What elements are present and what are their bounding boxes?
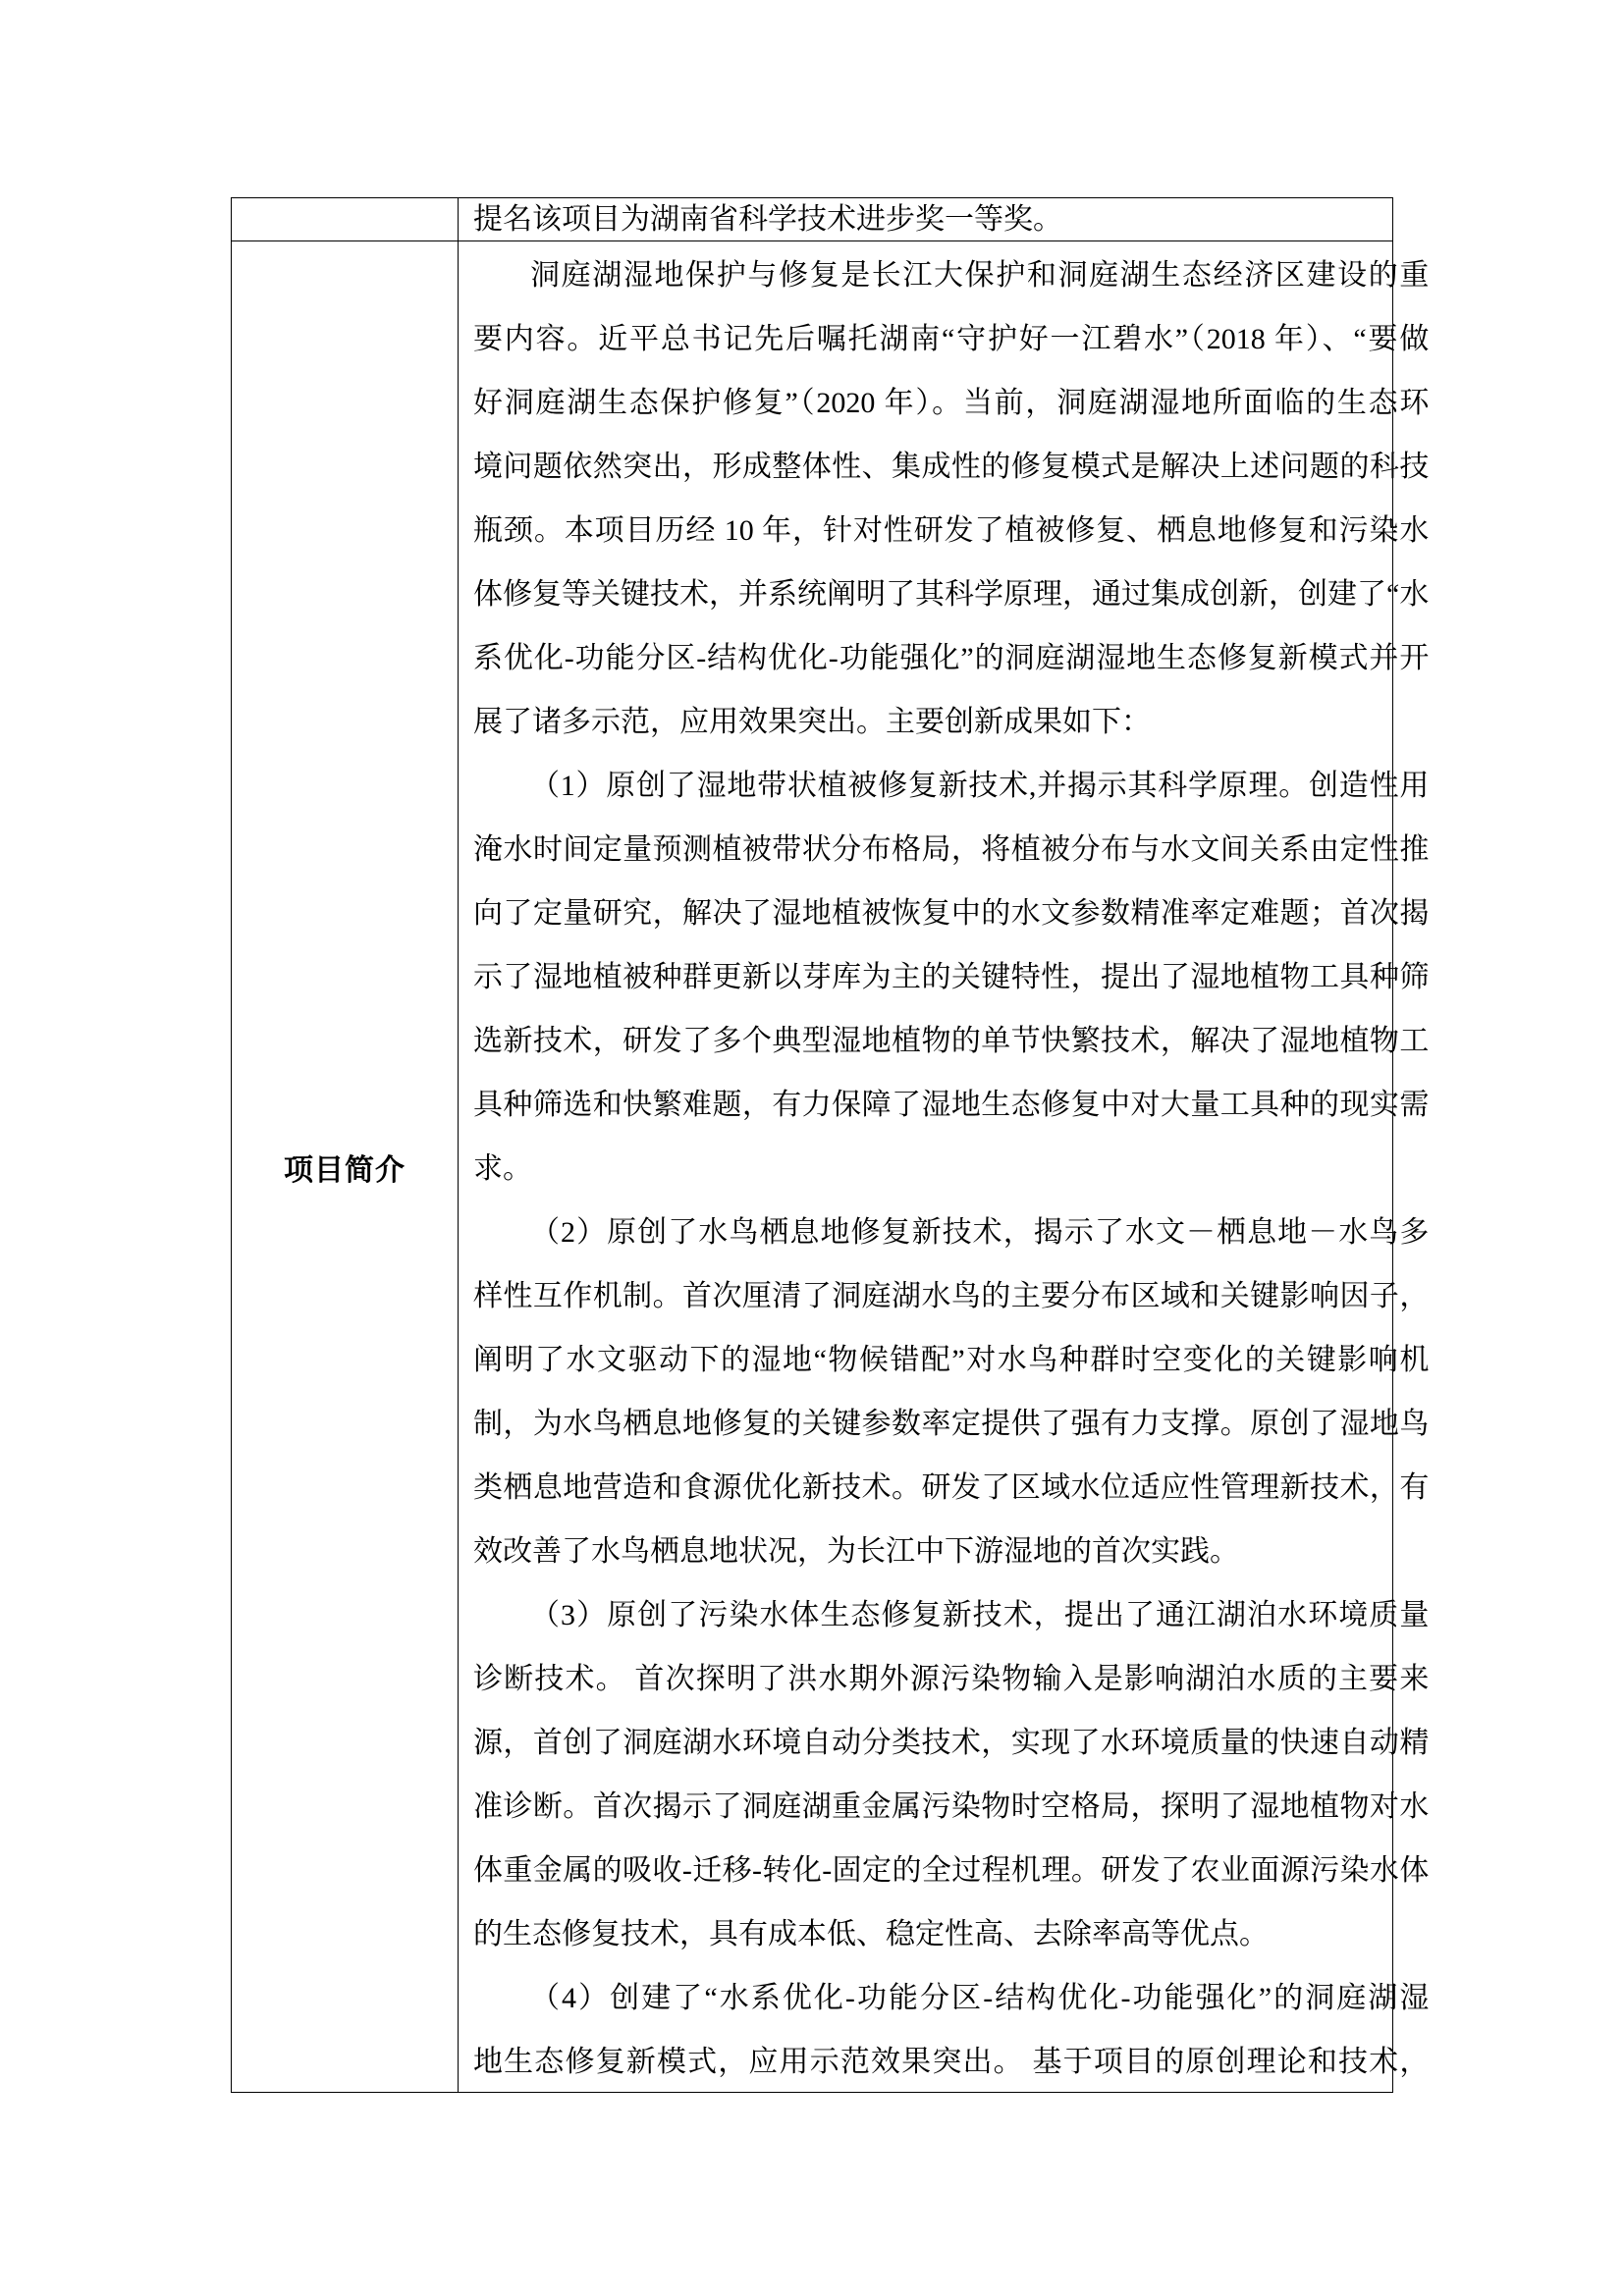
- text-line: 源，首创了洞庭湖水环境自动分类技术，实现了水环境质量的快速自动精: [473, 1724, 1429, 1788]
- text-line: 类栖息地营造和食源优化新技术。研发了区域水位适应性管理新技术，有: [473, 1468, 1429, 1532]
- text-line: 瓶颈。本项目历经 10 年，针对性研发了植被修复、栖息地修复和污染水: [473, 511, 1429, 575]
- text-line: 体重金属的吸收-迁移-转化-固定的全过程机理。研发了农业面源污染水体: [473, 1851, 1429, 1915]
- text-line: 洞庭湖湿地保护与修复是长江大保护和洞庭湖生态经济区建设的重: [473, 256, 1429, 320]
- row-content-cell: 提名该项目为湖南省科学技术进步奖一等奖。: [459, 198, 1392, 240]
- text-line: 具种筛选和快繁难题，有力保障了湿地生态修复中对大量工具种的现实需: [473, 1086, 1429, 1149]
- text-line: 示了湿地植被种群更新以芽库为主的关键特性，提出了湿地植物工具种筛: [473, 958, 1429, 1022]
- paragraph-innovation-4: （4）创建了“水系优化-功能分区-结构优化-功能强化”的洞庭湖湿 地生态修复新模…: [473, 1979, 1429, 2107]
- text-line: 境问题依然突出，形成整体性、集成性的修复模式是解决上述问题的科技: [473, 448, 1429, 511]
- text-line: 好洞庭湖生态保护修复”（2020 年）。当前，洞庭湖湿地所面临的生态环: [473, 384, 1429, 448]
- text-line: 样性互作机制。首次厘清了洞庭湖水鸟的主要分布区域和关键影响因子，: [473, 1277, 1429, 1341]
- text-line: 向了定量研究，解决了湿地植被恢复中的水文参数精准率定难题；首次揭: [473, 894, 1429, 958]
- text-line: 阐明了水文驱动下的湿地“物候错配”对水鸟种群时空变化的关键影响机: [473, 1341, 1429, 1405]
- text-line: （2）原创了水鸟栖息地修复新技术，揭示了水文－栖息地－水鸟多: [473, 1213, 1429, 1277]
- project-info-table: 提名该项目为湖南省科学技术进步奖一等奖。 项目简介 洞庭湖湿地保护与修复是长江大…: [231, 197, 1393, 2093]
- paragraph-innovation-3: （3）原创了污染水体生态修复新技术，提出了通江湖泊水环境质量 诊断技术。 首次探…: [473, 1596, 1429, 1979]
- text-line: 地生态修复新模式，应用示范效果突出。 基于项目的原创理论和技术，: [473, 2043, 1429, 2107]
- text-line: 选新技术，研发了多个典型湿地植物的单节快繁技术，解决了湿地植物工: [473, 1022, 1429, 1086]
- text-line: 制，为水鸟栖息地修复的关键参数率定提供了强有力支撑。原创了湿地鸟: [473, 1405, 1429, 1468]
- text-line: 的生态修复技术，具有成本低、稳定性高、去除率高等优点。: [473, 1915, 1429, 1979]
- text-line: （4）创建了“水系优化-功能分区-结构优化-功能强化”的洞庭湖湿: [473, 1979, 1429, 2043]
- paragraph-intro: 洞庭湖湿地保护与修复是长江大保护和洞庭湖生态经济区建设的重 要内容。近平总书记先…: [473, 256, 1429, 767]
- text-line: 诊断技术。 首次探明了洪水期外源污染物输入是影响湖泊水质的主要来: [473, 1660, 1429, 1724]
- text-line: 展了诸多示范，应用效果突出。主要创新成果如下：: [473, 703, 1429, 767]
- row-label-cell: [232, 198, 459, 240]
- paragraph-innovation-1: （1）原创了湿地带状植被修复新技术,并揭示其科学原理。创造性用 淹水时间定量预测…: [473, 767, 1429, 1213]
- text-line: 效改善了水鸟栖息地状况，为长江中下游湿地的首次实践。: [473, 1532, 1429, 1596]
- text-line: 系优化-功能分区-结构优化-功能强化”的洞庭湖湿地生态修复新模式并开: [473, 639, 1429, 703]
- nomination-text: 提名该项目为湖南省科学技术进步奖一等奖。: [473, 198, 1379, 240]
- text-line: （1）原创了湿地带状植被修复新技术,并揭示其科学原理。创造性用: [473, 767, 1429, 830]
- text-line: 准诊断。首次揭示了洞庭湖重金属污染物时空格局，探明了湿地植物对水: [473, 1788, 1429, 1851]
- text-line: 要内容。近平总书记先后嘱托湖南“守护好一江碧水”（2018 年）、“要做: [473, 320, 1429, 384]
- document-page: 提名该项目为湖南省科学技术进步奖一等奖。 项目简介 洞庭湖湿地保护与修复是长江大…: [0, 0, 1624, 2296]
- summary-text: 洞庭湖湿地保护与修复是长江大保护和洞庭湖生态经济区建设的重 要内容。近平总书记先…: [473, 241, 1429, 2107]
- summary-label: 项目简介: [232, 1146, 458, 1189]
- text-line: （3）原创了污染水体生态修复新技术，提出了通江湖泊水环境质量: [473, 1596, 1429, 1660]
- project-summary-row: 项目简介 洞庭湖湿地保护与修复是长江大保护和洞庭湖生态经济区建设的重 要内容。近…: [231, 241, 1393, 2093]
- text-line: 求。: [473, 1149, 1429, 1213]
- summary-label-cell: 项目简介: [232, 241, 459, 2092]
- paragraph-innovation-2: （2）原创了水鸟栖息地修复新技术，揭示了水文－栖息地－水鸟多 样性互作机制。首次…: [473, 1213, 1429, 1596]
- text-line: 淹水时间定量预测植被带状分布格局，将植被分布与水文间关系由定性推: [473, 830, 1429, 894]
- nomination-continuation-row: 提名该项目为湖南省科学技术进步奖一等奖。: [231, 197, 1393, 241]
- summary-content-cell: 洞庭湖湿地保护与修复是长江大保护和洞庭湖生态经济区建设的重 要内容。近平总书记先…: [459, 241, 1442, 2092]
- text-line: 体修复等关键技术，并系统阐明了其科学原理，通过集成创新，创建了“水: [473, 575, 1429, 639]
